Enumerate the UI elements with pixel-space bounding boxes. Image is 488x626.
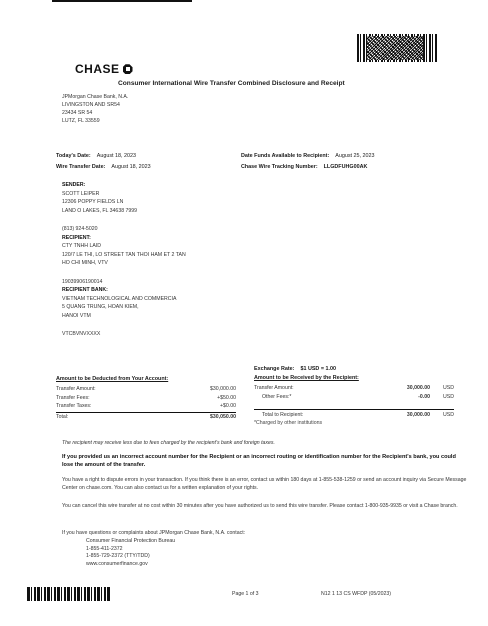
chase-octagon-icon [123, 64, 133, 74]
received-row: Transfer Amount: 30,000.00 USD [254, 385, 454, 394]
deducted-section: Amount to be Deducted from Your Account:… [56, 376, 236, 420]
recipient-bank-name: VIETNAM TECHNOLOGICAL AND COMMERCIA [62, 296, 186, 305]
sender-label: SENDER: [62, 182, 186, 191]
received-currency: USD [430, 385, 454, 394]
recipient-bank-swift: VTCBVNVXXXX [62, 331, 186, 340]
pdf417-barcode [357, 34, 437, 62]
deducted-value: +$50.00 [217, 395, 236, 404]
received-label: Other Fees:* [254, 394, 380, 403]
bank-address-line: 23434 SR 54 [62, 110, 128, 118]
cfpb-tty: 1-855-729-2372 (TTY/TDD) [62, 553, 472, 561]
deducted-row: Transfer Amount: $30,000.00 [56, 386, 236, 395]
sender-name: SCOTT LEIPER [62, 191, 186, 200]
deducted-value: $30,000.00 [210, 386, 236, 395]
deducted-value: +$0.00 [220, 403, 236, 412]
todays-date-row: Today's Date: August 18, 2023 [56, 153, 151, 164]
recipient-bank-label: RECIPIENT BANK: [62, 287, 186, 296]
funds-available-value: August 25, 2023 [335, 153, 374, 164]
tracking-row: Chase Wire Tracking Number: LLGDFUHG00AK [241, 164, 375, 175]
logo-text: CHASE [75, 62, 120, 76]
footer-barcode [27, 587, 111, 601]
page-number: Page 1 of 3 [232, 591, 259, 597]
bank-address-line: JPMorgan Chase Bank, N.A. [62, 94, 128, 102]
received-title: Amount to be Received by the Recipient: [254, 375, 454, 385]
recipient-bank-address1: 5 QUANG TRUNG, HOAN KIEM, [62, 304, 186, 313]
deducted-row: Transfer Fees: +$50.00 [56, 395, 236, 404]
received-section: Amount to be Received by the Recipient: … [254, 375, 454, 426]
deducted-total-row: Total: $30,050.00 [56, 412, 236, 421]
wire-date-label: Wire Transfer Date: [56, 164, 105, 175]
bank-address: JPMorgan Chase Bank, N.A. LIVINGSTON AND… [62, 94, 128, 126]
complaints-intro: If you have questions or complaints abou… [62, 530, 472, 538]
recipient-address2: HO CHI MINH, VTV [62, 260, 186, 269]
fees-notice: The recipient may receive less due to fe… [62, 440, 275, 446]
exchange-rate-label: Exchange Rate: [254, 366, 294, 372]
received-label: Transfer Amount: [254, 385, 380, 394]
cfpb-website: www.consumerfinance.gov [62, 561, 472, 569]
complaints-contact: If you have questions or complaints abou… [62, 530, 472, 569]
dates-right: Date Funds Available to Recipient: Augus… [241, 153, 375, 175]
received-total-label: Total to Recipient: [254, 412, 380, 420]
received-footnote: *Charged by other institutions [254, 420, 454, 426]
received-total-value: 30,000.00 [380, 412, 430, 420]
recipient-address1: 120/7 LE THI, LO STREET TAN THOI HAM ET … [62, 252, 186, 261]
document-title: Consumer International Wire Transfer Com… [118, 80, 345, 88]
tracking-label: Chase Wire Tracking Number: [241, 164, 318, 175]
funds-available-label: Date Funds Available to Recipient: [241, 153, 329, 164]
sender-address2: LAND O LAKES, FL 34638 7999 [62, 208, 186, 217]
cancellation-notice: You can cancel this wire transfer at no … [62, 503, 472, 511]
bank-address-line: LIVINGSTON AND SR54 [62, 102, 128, 110]
cfpb-name: Consumer Financial Protection Bureau [62, 538, 472, 546]
recipient-name: CTY TNHH LAID [62, 243, 186, 252]
dispute-rights: You have a right to dispute errors in yo… [62, 477, 472, 493]
tracking-number: LLGDFUHG00AK [324, 164, 368, 175]
recipient-label: RECIPIENT: [62, 235, 186, 244]
wire-date-value: August 18, 2023 [111, 164, 150, 175]
deducted-total-label: Total: [56, 414, 68, 421]
received-total-currency: USD [430, 412, 454, 420]
received-row: Other Fees:* -0.00 USD [254, 394, 454, 403]
form-code: N12 1 13 CS WFDP (05/2023) [321, 591, 391, 597]
deducted-row: Transfer Taxes: +$0.00 [56, 403, 236, 412]
chase-logo: CHASE [75, 62, 133, 76]
sender-phone: (813) 924-5020 [62, 226, 186, 235]
bank-address-line: LUTZ, FL 33559 [62, 118, 128, 126]
recipient-account: 19039906190014 [62, 279, 186, 288]
exchange-rate: Exchange Rate: $1 USD = 1.00 [254, 366, 336, 372]
todays-date-label: Today's Date: [56, 153, 91, 164]
sender-address1: 12306 POPPY FIELDS LN [62, 199, 186, 208]
parties-block: SENDER: SCOTT LEIPER 12306 POPPY FIELDS … [62, 182, 186, 340]
recipient-bank-address2: HANOI VTM [62, 313, 186, 322]
todays-date-value: August 18, 2023 [97, 153, 136, 164]
funds-available-row: Date Funds Available to Recipient: Augus… [241, 153, 375, 164]
cfpb-phone: 1-855-411-2372 [62, 546, 472, 554]
top-scan-line [52, 0, 192, 2]
deducted-total-value: $30,050.00 [210, 414, 236, 421]
dates-left: Today's Date: August 18, 2023 Wire Trans… [56, 153, 151, 175]
exchange-rate-value: $1 USD = 1.00 [300, 366, 336, 372]
deducted-label: Transfer Taxes: [56, 403, 91, 412]
deducted-label: Transfer Fees: [56, 395, 90, 404]
received-currency: USD [430, 394, 454, 403]
received-value: -0.00 [380, 394, 430, 403]
deducted-label: Transfer Amount: [56, 386, 96, 395]
received-value: 30,000.00 [380, 385, 430, 394]
received-total-row: Total to Recipient: 30,000.00 USD [254, 409, 454, 420]
wire-date-row: Wire Transfer Date: August 18, 2023 [56, 164, 151, 175]
incorrect-account-warning: If you provided us an incorrect account … [62, 453, 462, 469]
deducted-title: Amount to be Deducted from Your Account: [56, 376, 236, 386]
